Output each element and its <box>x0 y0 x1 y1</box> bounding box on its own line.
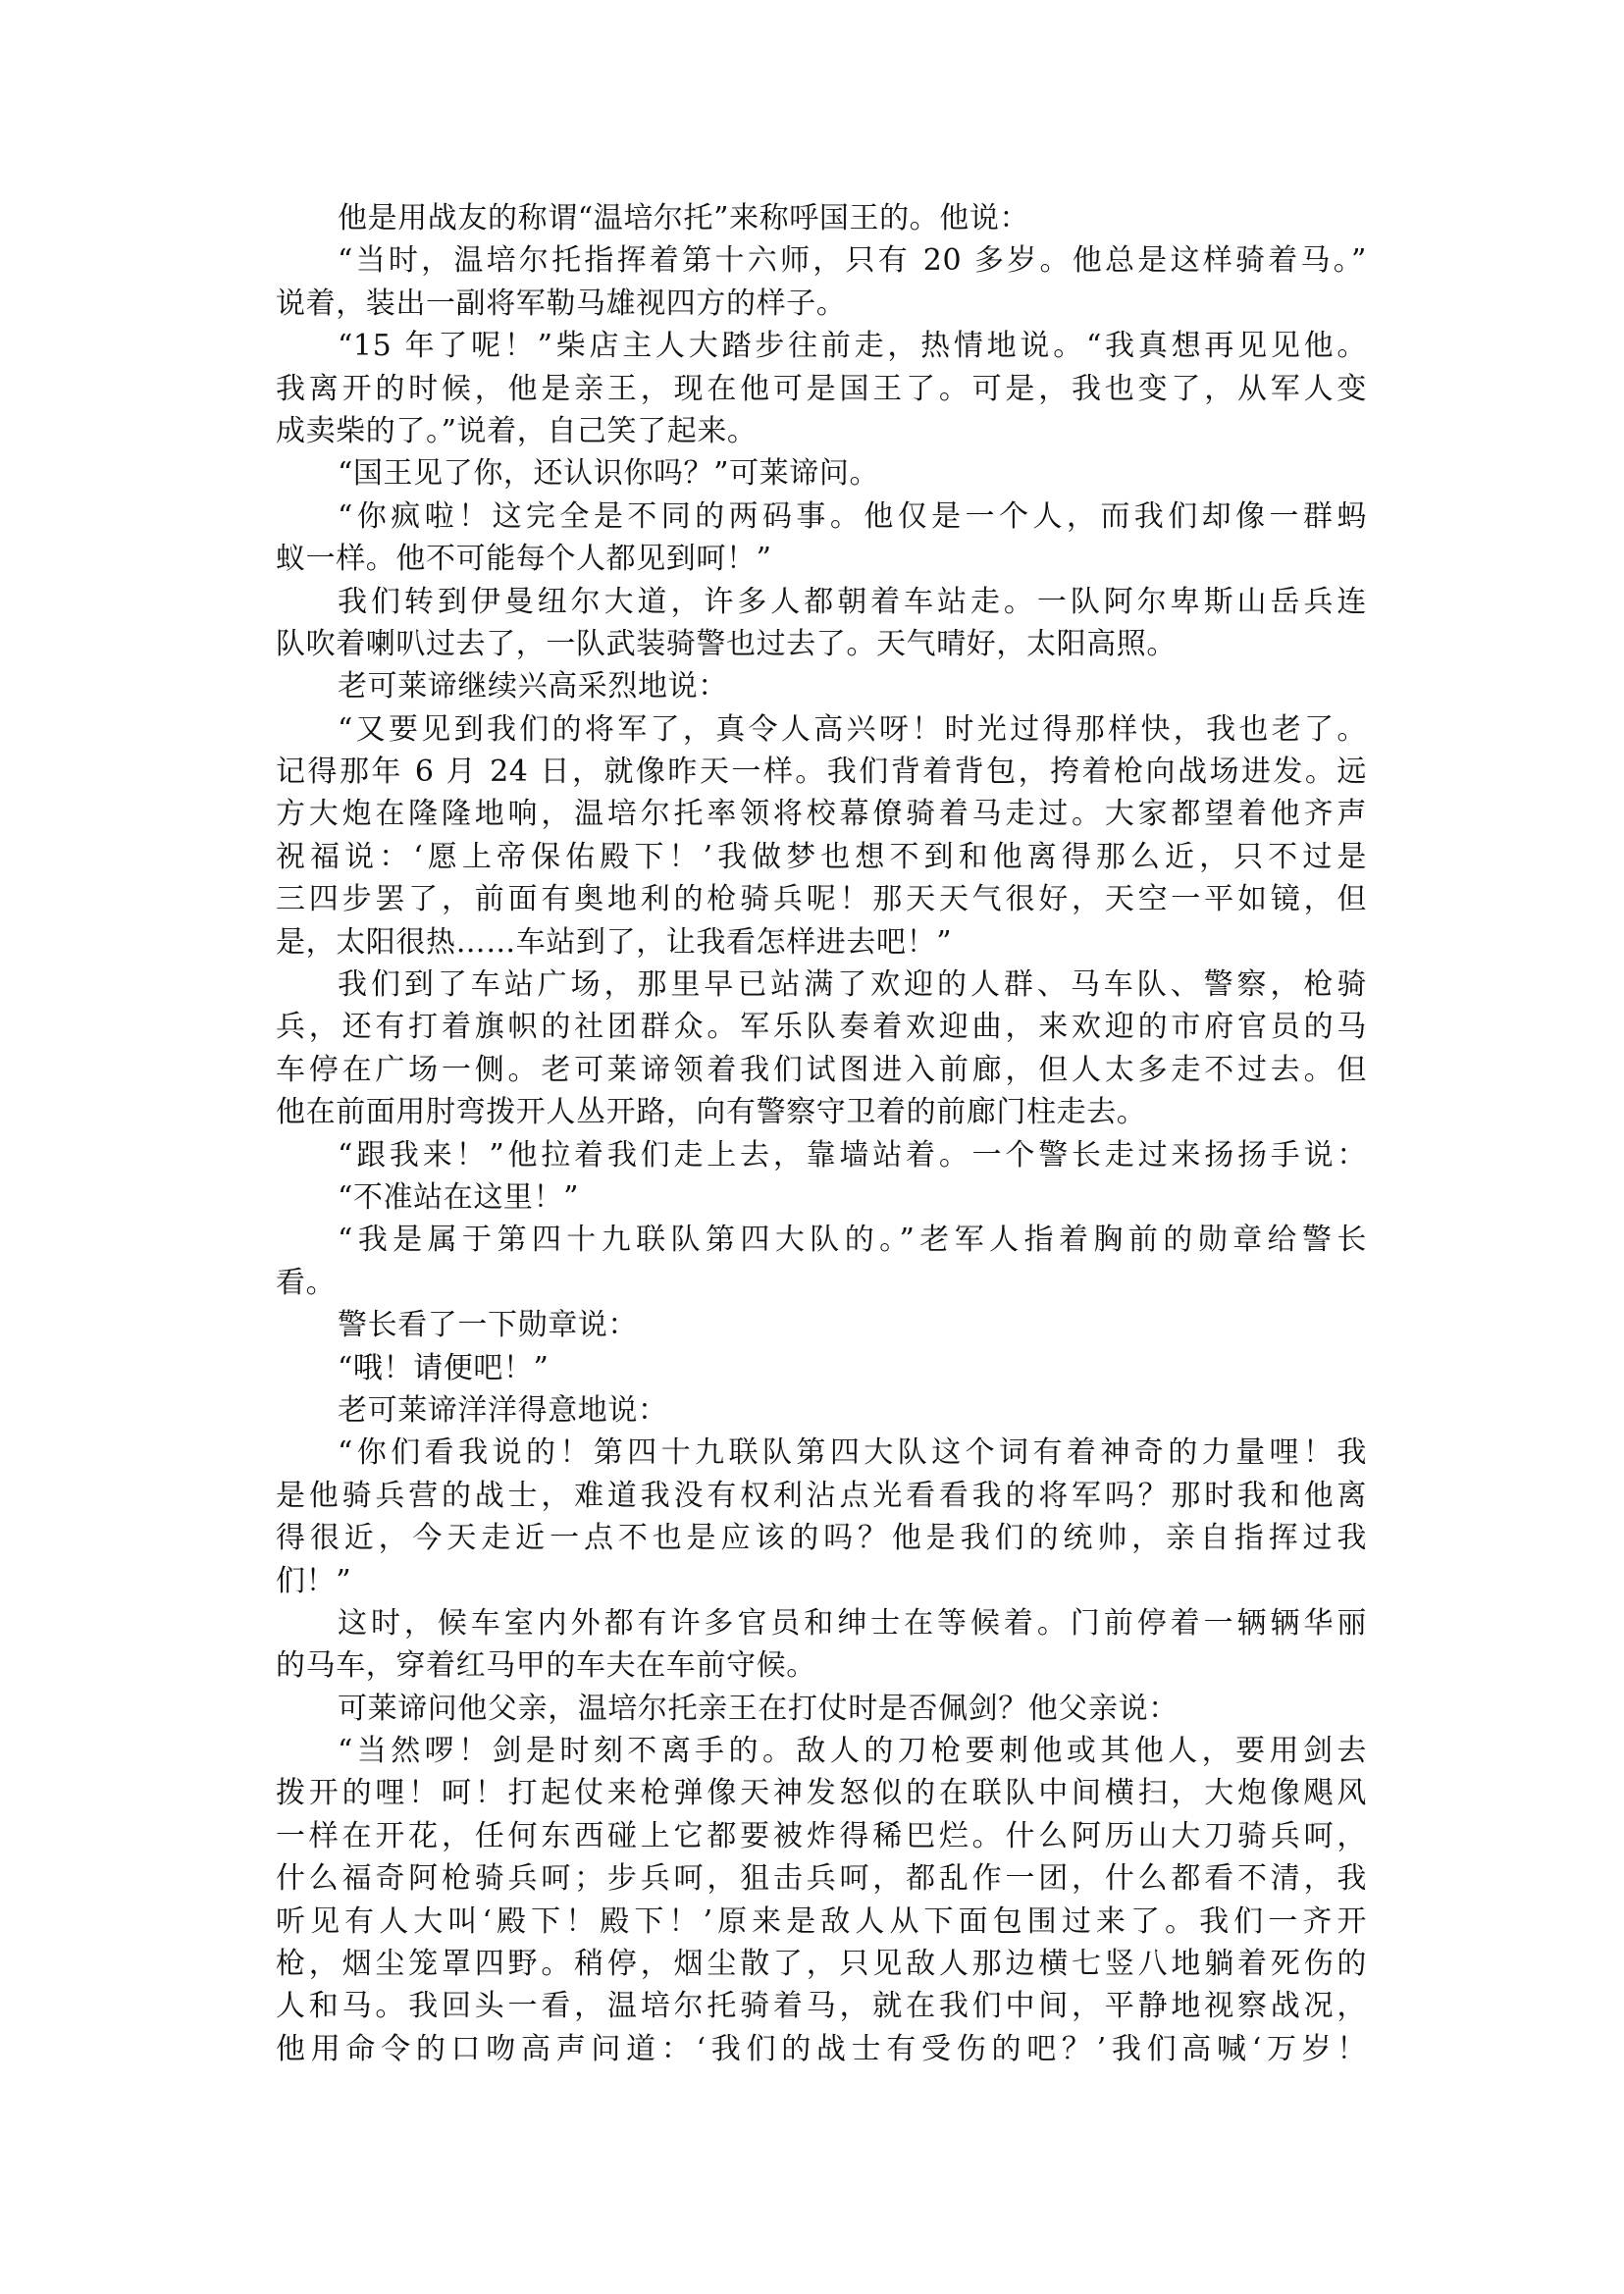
text-line: 看。 <box>276 1262 1367 1304</box>
text-line: “不准站在这里！” <box>276 1176 1367 1219</box>
text-line: 三四步罢了，前面有奥地利的枪骑兵呢！那天天气很好，天空一平如镜，但 <box>276 878 1367 920</box>
document-page: 他是用战友的称谓“温培尔托”来称呼国王的。他说：“当时，温培尔托指挥着第十六师，… <box>276 197 1367 2070</box>
text-line: 警长看了一下勋章说： <box>276 1304 1367 1346</box>
text-line: 我们到了车站广场，那里早已站满了欢迎的人群、马车队、警察，枪骑 <box>276 964 1367 1006</box>
text-line: “哦！请便吧！” <box>276 1347 1367 1389</box>
text-line: 枪，烟尘笼罩四野。稍停，烟尘散了，只见敌人那边横七竖八地躺着死伤的 <box>276 1943 1367 1985</box>
text-line: 老可莱谛继续兴高采烈地说： <box>276 665 1367 707</box>
text-line: “当时，温培尔托指挥着第十六师，只有 20 多岁。他总是这样骑着马。” <box>276 239 1367 282</box>
text-line: 他在前面用肘弯拨开人丛开路，向有警察守卫着的前廊门柱走去。 <box>276 1091 1367 1133</box>
text-line: 什么福奇阿枪骑兵呵；步兵呵，狙击兵呵，都乱作一团，什么都看不清，我 <box>276 1857 1367 1900</box>
text-line: 记得那年 6 月 24 日，就像昨天一样。我们背着背包，挎着枪向战场进发。远 <box>276 751 1367 793</box>
text-line: 我们转到伊曼纽尔大道，许多人都朝着车站走。一队阿尔卑斯山岳兵连 <box>276 581 1367 623</box>
text-line: “你疯啦！这完全是不同的两码事。他仅是一个人，而我们却像一群蚂 <box>276 495 1367 538</box>
text-line: 老可莱谛洋洋得意地说： <box>276 1389 1367 1432</box>
text-line: “跟我来！”他拉着我们走上去，靠墙站着。一个警长走过来扬扬手说： <box>276 1134 1367 1176</box>
text-line: 兵，还有打着旗帜的社团群众。军乐队奏着欢迎曲，来欢迎的市府官员的马 <box>276 1006 1367 1048</box>
text-line: 他用命令的口吻高声问道：‘我们的战士有受伤的吧？’我们高喊‘万岁！ <box>276 2028 1367 2070</box>
text-line: 的马车，穿着红马甲的车夫在车前守候。 <box>276 1644 1367 1687</box>
text-line: 蚁一样。他不可能每个人都见到呵！” <box>276 538 1367 580</box>
text-line: “国王见了你，还认识你吗？”可莱谛问。 <box>276 452 1367 495</box>
text-line: 一样在开花，任何东西碰上它都要被炸得稀巴烂。什么阿历山大刀骑兵呵， <box>276 1815 1367 1857</box>
text-line: 人和马。我回头一看，温培尔托骑着马，就在我们中间，平静地视察战况， <box>276 1985 1367 2027</box>
text-line: 我离开的时候，他是亲王，现在他可是国王了。可是，我也变了，从军人变 <box>276 368 1367 410</box>
text-line: 这时，候车室内外都有许多官员和绅士在等候着。门前停着一辆辆华丽 <box>276 1602 1367 1644</box>
text-line: 拨开的哩！呵！打起仗来枪弹像天神发怒似的在联队中间横扫，大炮像飓风 <box>276 1772 1367 1814</box>
text-line: “又要见到我们的将军了，真令人高兴呀！时光过得那样快，我也老了。 <box>276 708 1367 751</box>
text-line: 队吹着喇叭过去了，一队武装骑警也过去了。天气晴好，太阳高照。 <box>276 623 1367 665</box>
text-line: 他是用战友的称谓“温培尔托”来称呼国王的。他说： <box>276 197 1367 239</box>
text-line: 们！” <box>276 1560 1367 1602</box>
text-line: 得很近，今天走近一点不也是应该的吗？他是我们的统帅，亲自指挥过我 <box>276 1517 1367 1559</box>
text-line: 车停在广场一侧。老可莱谛领着我们试图进入前廊，但人太多走不过去。但 <box>276 1049 1367 1091</box>
text-line: “当然啰！剑是时刻不离手的。敌人的刀枪要刺他或其他人，要用剑去 <box>276 1730 1367 1772</box>
text-line: 可莱谛问他父亲，温培尔托亲王在打仗时是否佩剑？他父亲说： <box>276 1688 1367 1730</box>
text-line: 是，太阳很热……车站到了，让我看怎样进去吧！” <box>276 921 1367 964</box>
text-line: 方大炮在隆隆地响，温培尔托率领将校幕僚骑着马走过。大家都望着他齐声 <box>276 793 1367 835</box>
text-line: 是他骑兵营的战士，难道我没有权利沾点光看看我的将军吗？那时我和他离 <box>276 1475 1367 1517</box>
text-line: 听见有人大叫‘殿下！殿下！’原来是敌人从下面包围过来了。我们一齐开 <box>276 1901 1367 1943</box>
text-line: “我是属于第四十九联队第四大队的。”老军人指着胸前的勋章给警长 <box>276 1219 1367 1261</box>
text-line: 祝福说：‘愿上帝保佑殿下！’我做梦也想不到和他离得那么近，只不过是 <box>276 836 1367 878</box>
text-line: “15 年了呢！”柴店主人大踏步往前走，热情地说。“我真想再见见他。 <box>276 325 1367 367</box>
text-line: 成卖柴的了。”说着，自己笑了起来。 <box>276 410 1367 452</box>
text-line: “你们看我说的！第四十九联队第四大队这个词有着神奇的力量哩！我 <box>276 1432 1367 1474</box>
text-line: 说着，装出一副将军勒马雄视四方的样子。 <box>276 283 1367 325</box>
